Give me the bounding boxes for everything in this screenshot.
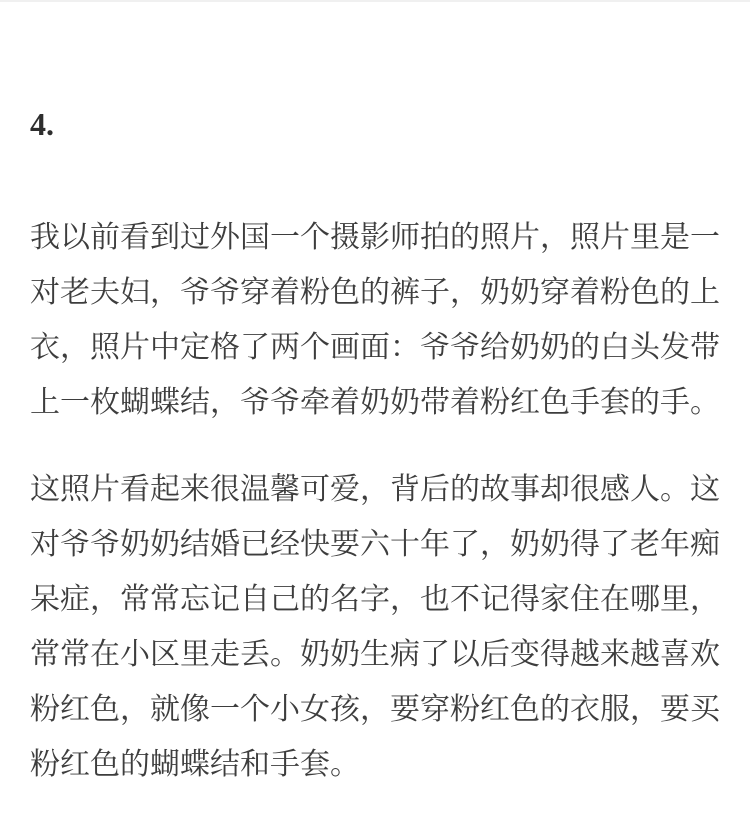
article-page: 4. 我以前看到过外国一个摄影师拍的照片，照片里是一对老夫妇，爷爷穿着粉色的裤子… bbox=[0, 0, 750, 792]
paragraph-story-background: 这照片看起来很温馨可爱，背后的故事却很感人。这对爷爷奶奶结婚已经快要六十年了，奶… bbox=[30, 462, 720, 792]
list-item-number: 4. bbox=[30, 0, 720, 148]
paragraph-photo-description: 我以前看到过外国一个摄影师拍的照片，照片里是一对老夫妇，爷爷穿着粉色的裤子，奶奶… bbox=[30, 210, 720, 430]
top-divider bbox=[0, 0, 750, 2]
